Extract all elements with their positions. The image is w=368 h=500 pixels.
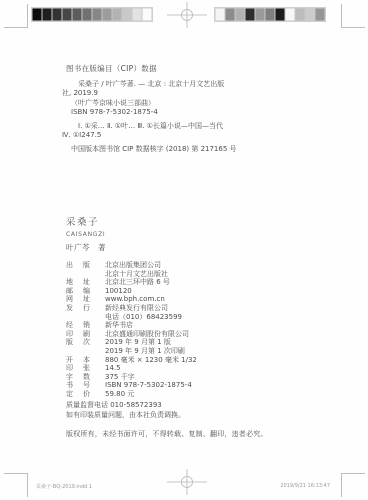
cip-line: Ⅰ. ①采… Ⅱ. ①叶… Ⅲ. ①长篇小说—中国—当代 [62, 122, 237, 131]
colophon-row-label: 开本 [66, 356, 90, 365]
footer-timestamp: 2019/9/21 16:13:47 [280, 483, 330, 489]
colophon-row-label [66, 270, 90, 279]
colophon-row: 2019 年 9 月第 1 次印刷 [66, 347, 197, 356]
colophon-row-label: 经销 [66, 321, 90, 330]
colophon-row: 出版北京出版集团公司 [66, 261, 197, 270]
colophon-row-value: 59.80 元 [105, 390, 134, 399]
calibration-swatch [225, 8, 235, 21]
calibration-swatch [142, 8, 152, 21]
crop-mark-icon [341, 473, 365, 497]
exchange-note-line: 如有印装质量问题，由本社负责调换。 [66, 411, 185, 421]
calibration-swatch [42, 8, 52, 21]
colophon-row-value: 14.5 [105, 364, 121, 373]
colophon-row-label: 版次 [66, 338, 90, 347]
colophon-row-label: 发行 [66, 304, 90, 313]
colophon-row: 地址北京北三环中路 6 号 [66, 278, 197, 287]
colophon-row-label: 定价 [66, 390, 90, 399]
title-block: 采桑子 CAISANGZI 叶广芩 著 [66, 214, 106, 253]
colophon-row-value: 北京出版集团公司 [105, 261, 161, 270]
colophon-row-value: 2019 年 9 月第 1 版 [105, 338, 171, 347]
colophon-row: 电话（010）68423599 [66, 313, 197, 322]
registration-mark-icon [167, 469, 207, 495]
crop-mark-icon [4, 473, 28, 497]
colophon-row: 开本880 毫米 × 1230 毫米 1/32 [66, 356, 197, 365]
cip-line: Ⅳ. ①I247.5 [62, 131, 237, 140]
calibration-swatch [265, 8, 275, 21]
calibration-swatch [275, 8, 285, 21]
calibration-swatch [62, 8, 72, 21]
colophon-row-value: ISBN 978-7-5302-1875-4 [105, 381, 192, 390]
quality-notes: 质量监督电话 010-58572393 如有印装质量问题，由本社负责调换。 [66, 401, 185, 420]
colophon-row-value: 100120 [105, 287, 132, 296]
cip-line: 中国版本图书馆 CIP 数据核字 (2018) 第 217165 号 [62, 145, 237, 154]
footer-file-label: 采桑子-BQ-2019.indd 1 [36, 483, 92, 490]
calibration-swatch [305, 8, 315, 21]
calibration-swatch [315, 8, 325, 21]
calibration-swatch [32, 8, 42, 21]
colophon-row-value: 新经典发行有限公司 [105, 304, 168, 313]
book-title-pinyin: CAISANGZI [66, 231, 106, 238]
cip-block: 采桑子 / 叶广芩著. — 北京 : 北京十月文艺出版社, 2019.9（叶广芩… [62, 80, 237, 154]
calibration-swatch [132, 8, 142, 21]
colophon-row-label: 地址 [66, 278, 90, 287]
cip-heading: 图书在版编目（CIP）数据 [66, 63, 157, 74]
colophon-row-label: 印张 [66, 364, 90, 373]
colophon-row-value: 北京北三环中路 6 号 [105, 278, 170, 287]
colophon-row: 书号ISBN 978-7-5302-1875-4 [66, 381, 197, 390]
colophon-row-label: 书号 [66, 381, 90, 390]
calibration-swatch [245, 8, 255, 21]
registration-mark-icon [167, 2, 207, 28]
calibration-swatch [82, 8, 92, 21]
colophon-row-label: 出版 [66, 261, 90, 270]
colophon-row-label: 网址 [66, 295, 90, 304]
colophon-table: 出版北京出版集团公司北京十月文艺出版社地址北京北三环中路 6 号邮编100120… [66, 261, 197, 399]
colophon-row: 发行新经典发行有限公司 [66, 304, 197, 313]
colophon-row-value: 北京十月文艺出版社 [105, 270, 168, 279]
colophon-row: 定价59.80 元 [66, 390, 197, 399]
calibration-swatch [255, 8, 265, 21]
colophon-row: 印张14.5 [66, 364, 197, 373]
book-author: 叶广芩 著 [66, 242, 106, 253]
calibration-swatch [72, 8, 82, 21]
colophon-row-value: 电话（010）68423599 [105, 313, 182, 322]
calibration-swatch [295, 8, 305, 21]
calibration-swatch [112, 8, 122, 21]
cip-line: 采桑子 / 叶广芩著. — 北京 : 北京十月文艺出版 [62, 80, 237, 89]
calibration-swatch [285, 8, 295, 21]
colophon-row-value: www.bph.com.cn [105, 295, 165, 304]
colophon-row-value: 2019 年 9 月第 1 次印刷 [105, 347, 185, 356]
calibration-swatch [52, 8, 62, 21]
colophon-row-label [66, 347, 90, 356]
cip-line: ISBN 978-7-5302-1875-4 [62, 108, 237, 117]
book-title: 采桑子 [66, 214, 106, 228]
crop-mark-icon [341, 4, 365, 28]
book-copyright-page: 图书在版编目（CIP）数据 采桑子 / 叶广芩著. — 北京 : 北京十月文艺出… [0, 0, 368, 500]
colophon-row-value: 新华书店 [105, 321, 133, 330]
cip-line: 社, 2019.9 [62, 89, 237, 98]
calibration-swatch [215, 8, 225, 21]
colophon-row-value: 375 千字 [105, 373, 135, 382]
colophon-row: 北京十月文艺出版社 [66, 270, 197, 279]
grayscale-calibration-bar-left [32, 8, 152, 21]
colophon-row-label [66, 313, 90, 322]
calibration-swatch [92, 8, 102, 21]
calibration-swatch [122, 8, 132, 21]
calibration-swatch [102, 8, 112, 21]
calibration-swatch [235, 8, 245, 21]
colophon-row: 网址www.bph.com.cn [66, 295, 197, 304]
colophon-row: 版次2019 年 9 月第 1 版 [66, 338, 197, 347]
grayscale-calibration-bar-right [215, 8, 325, 21]
cip-line: （叶广芩京味小说三部曲） [62, 99, 237, 108]
copyright-notice: 版权所有，未经书面许可，不得转载、复制、翻印，违者必究。 [66, 429, 268, 439]
quality-phone-line: 质量监督电话 010-58572393 [66, 401, 185, 411]
crop-mark-icon [4, 4, 28, 28]
colophon-row: 经销新华书店 [66, 321, 197, 330]
colophon-row-value: 880 毫米 × 1230 毫米 1/32 [105, 356, 197, 365]
